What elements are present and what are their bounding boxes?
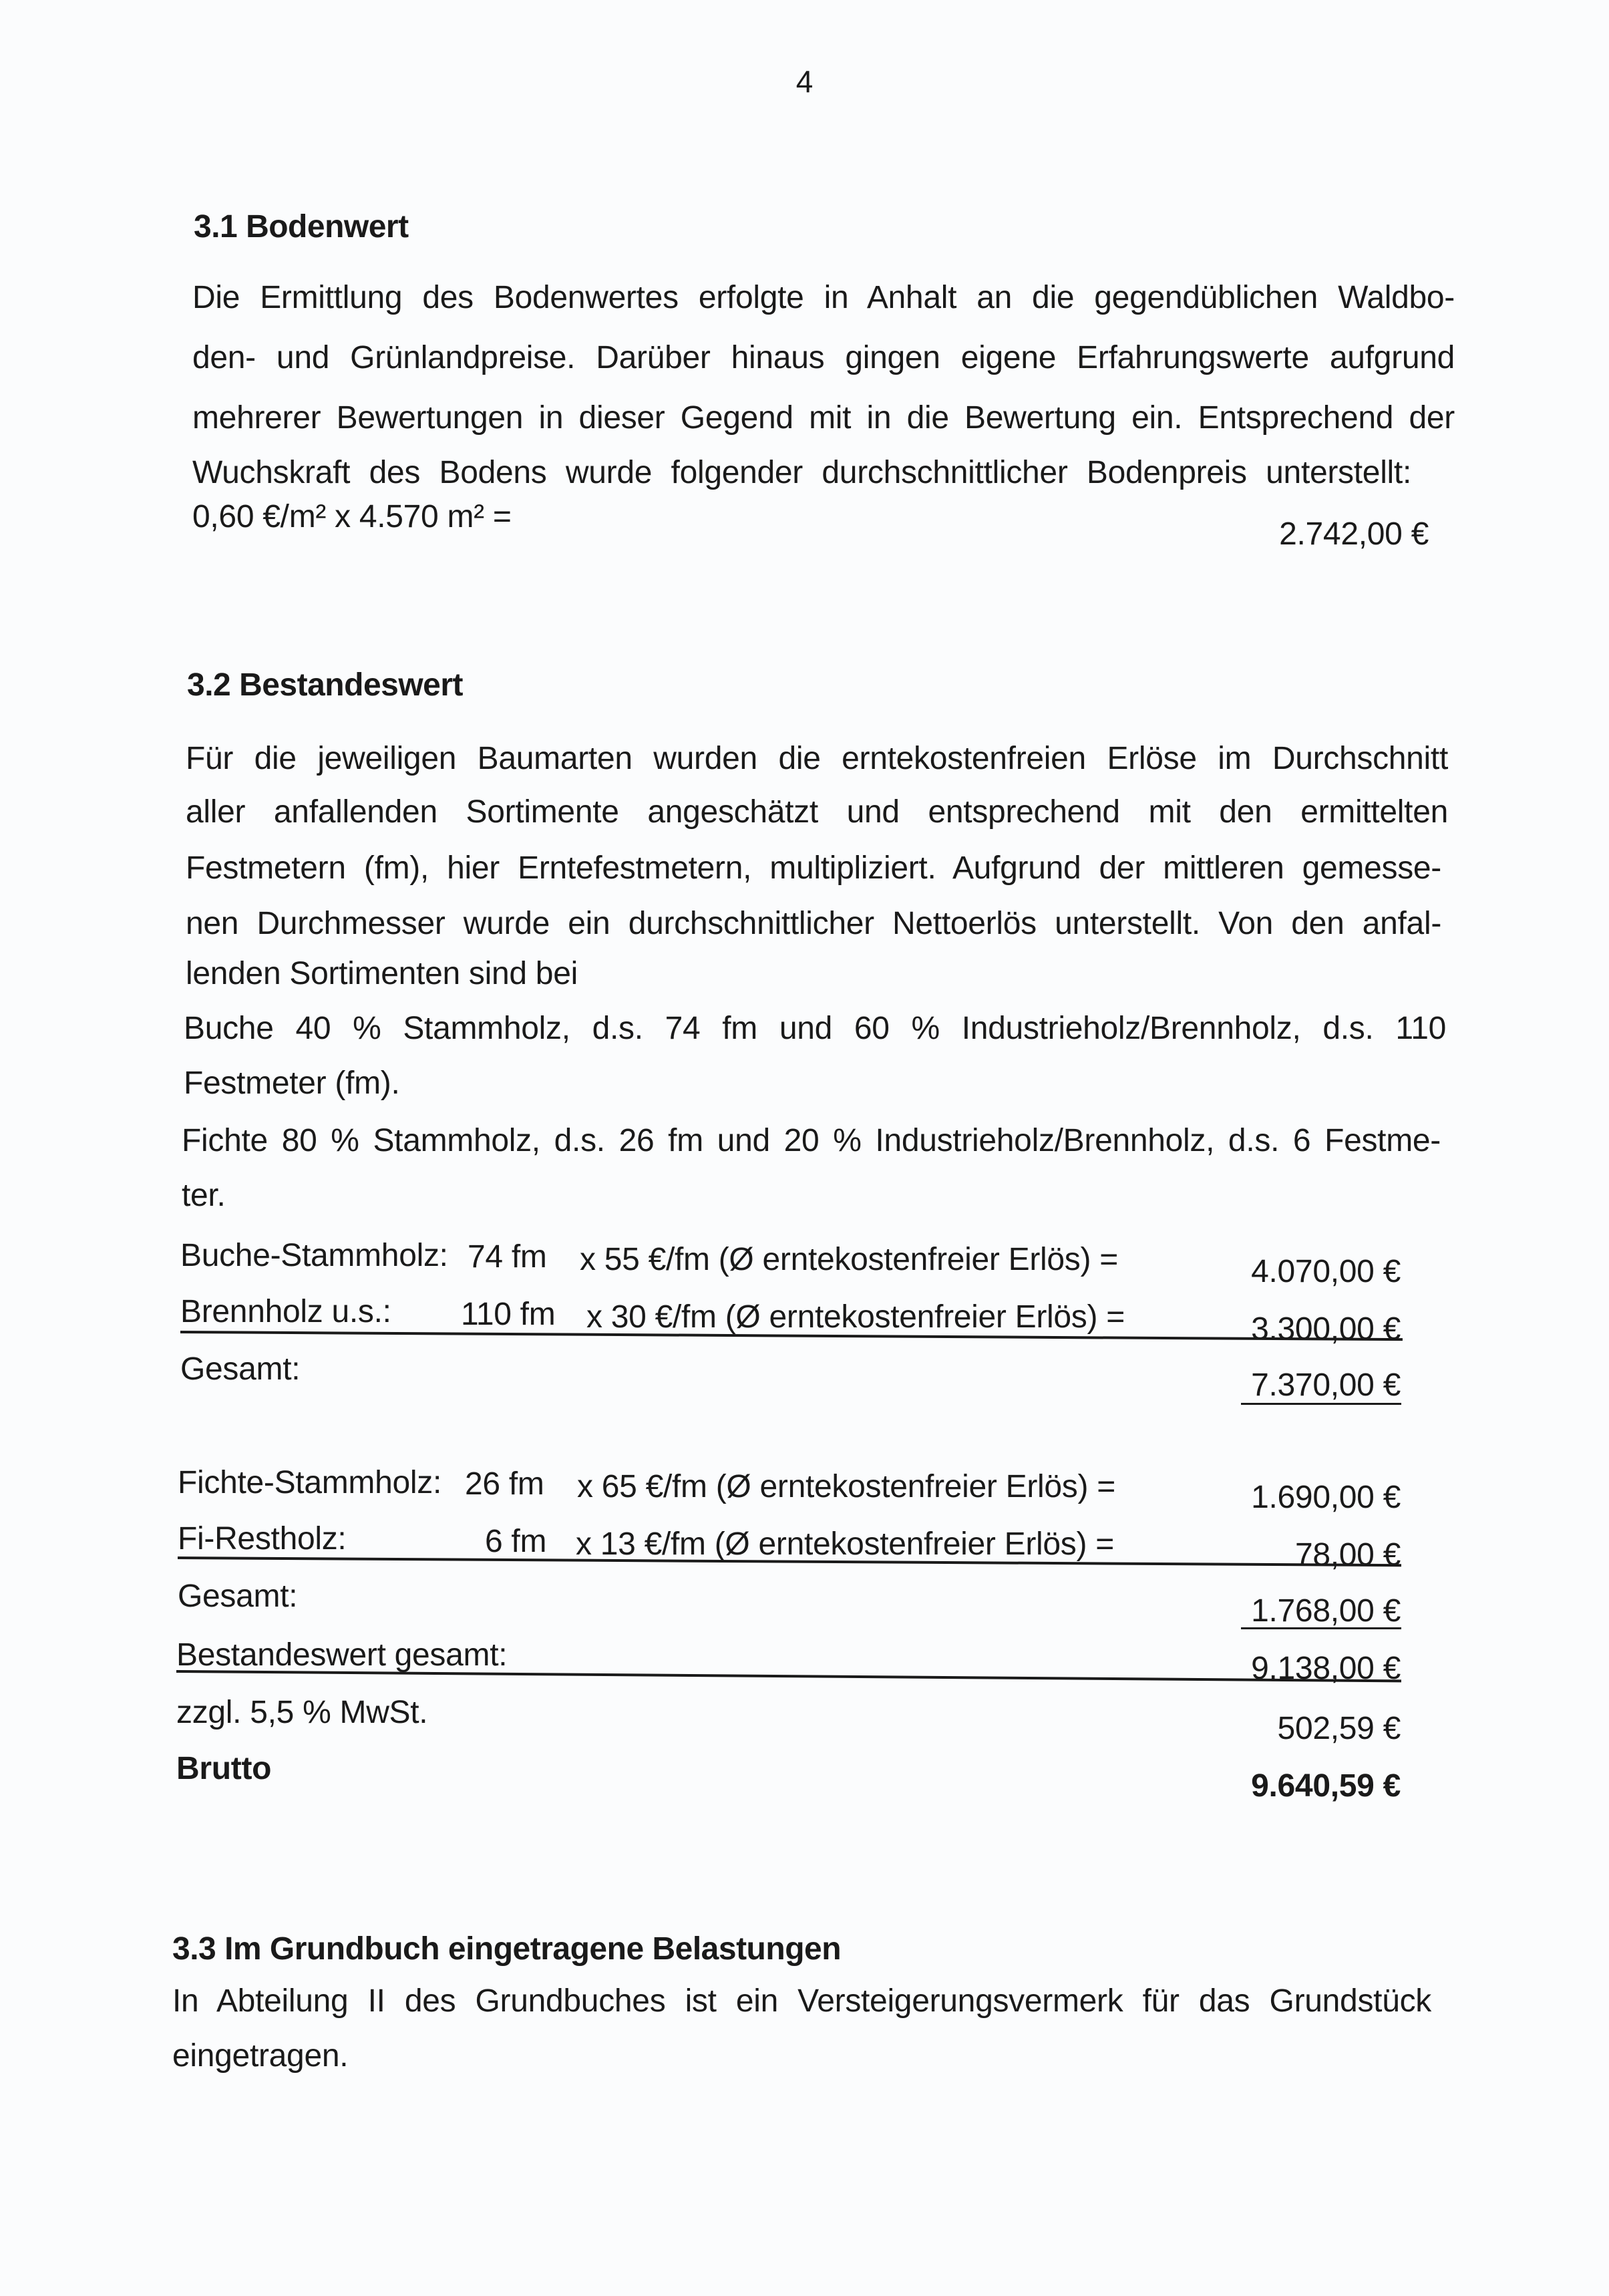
paragraph-line: Für die jeweiligen Baumarten wurden die … bbox=[186, 740, 1448, 777]
calc-quantity: 26 fm bbox=[465, 1466, 544, 1502]
subtotal-label: Gesamt: bbox=[178, 1578, 297, 1615]
subtotal-amount-fichte: 1.768,00 € bbox=[1251, 1593, 1401, 1629]
bestandeswert-label: Bestandeswert gesamt: bbox=[176, 1637, 507, 1673]
assortment-line-buche: Buche 40 % Stammholz, d.s. 74 fm und 60 … bbox=[184, 1010, 1446, 1047]
land-value-formula: 0,60 €/m² x 4.570 m² = bbox=[192, 498, 512, 535]
calc-amount: 4.070,00 € bbox=[1251, 1253, 1401, 1290]
calc-quantity: 74 fm bbox=[468, 1239, 547, 1275]
subtotal-amount-buche: 7.370,00 € bbox=[1251, 1367, 1401, 1404]
vat-amount: 502,59 € bbox=[1278, 1710, 1401, 1747]
calc-label: Brennholz u.s.: bbox=[180, 1293, 391, 1330]
gross-amount: 9.640,59 € bbox=[1251, 1768, 1401, 1804]
paragraph-line: lenden Sortimenten sind bei bbox=[186, 955, 578, 992]
calc-rate: x 65 €/fm (Ø erntekostenfreier Erlös) = bbox=[577, 1468, 1115, 1505]
calc-label: Fi-Restholz: bbox=[178, 1520, 346, 1557]
amount-underline bbox=[1241, 1403, 1401, 1405]
section-heading: 3.1 Bodenwert bbox=[194, 208, 409, 245]
calc-rate: x 13 €/fm (Ø erntekostenfreier Erlös) = bbox=[576, 1526, 1114, 1563]
paragraph-line: eingetragen. bbox=[172, 2037, 348, 2074]
vat-label: zzgl. 5,5 % MwSt. bbox=[176, 1694, 427, 1731]
paragraph-line: Wuchskraft des Bodens wurde folgender du… bbox=[192, 454, 1411, 491]
subtotal-label: Gesamt: bbox=[180, 1351, 300, 1387]
paragraph-line: In Abteilung II des Grundbuches ist ein … bbox=[172, 1983, 1431, 2019]
paragraph-line: Die Ermittlung des Bodenwertes erfolgte … bbox=[192, 279, 1455, 316]
paragraph-line: den- und Grünlandpreise. Darüber hinaus … bbox=[192, 339, 1455, 376]
calc-amount: 3.300,00 € bbox=[1251, 1311, 1401, 1347]
calc-amount: 1.690,00 € bbox=[1251, 1479, 1401, 1516]
page-number: 4 bbox=[0, 63, 1609, 100]
paragraph-line: mehrerer Bewertungen in dieser Gegend mi… bbox=[192, 399, 1455, 436]
calc-rate: x 30 €/fm (Ø erntekostenfreier Erlös) = bbox=[586, 1299, 1125, 1335]
section-heading: 3.3 Im Grundbuch eingetragene Belastunge… bbox=[172, 1931, 841, 1967]
calc-quantity: 110 fm bbox=[461, 1296, 555, 1333]
section-heading: 3.2 Bestandeswert bbox=[187, 667, 463, 703]
calc-label: Fichte-Stammholz: bbox=[178, 1464, 441, 1501]
calc-rate: x 55 €/fm (Ø erntekostenfreier Erlös) = bbox=[580, 1241, 1118, 1278]
paragraph-line: aller anfallenden Sortimente angeschätzt… bbox=[186, 794, 1448, 830]
calc-quantity: 6 fm bbox=[485, 1523, 546, 1560]
paragraph-line: Festmetern (fm), hier Erntefestmetern, m… bbox=[186, 850, 1441, 886]
land-value-amount: 2.742,00 € bbox=[1279, 516, 1429, 552]
paragraph-line: nen Durchmesser wurde ein durchschnittli… bbox=[186, 905, 1441, 942]
gross-label: Brutto bbox=[176, 1750, 271, 1787]
total-rule bbox=[176, 1670, 1401, 1682]
assortment-line-fichte: Fichte 80 % Stammholz, d.s. 26 fm und 20… bbox=[182, 1122, 1441, 1159]
calc-label: Buche-Stammholz: bbox=[180, 1237, 448, 1274]
assortment-line-fichte: ter. bbox=[182, 1177, 226, 1214]
amount-underline bbox=[1241, 1627, 1401, 1629]
assortment-line-buche: Festmeter (fm). bbox=[184, 1065, 400, 1102]
calc-amount: 78,00 € bbox=[1295, 1536, 1401, 1573]
